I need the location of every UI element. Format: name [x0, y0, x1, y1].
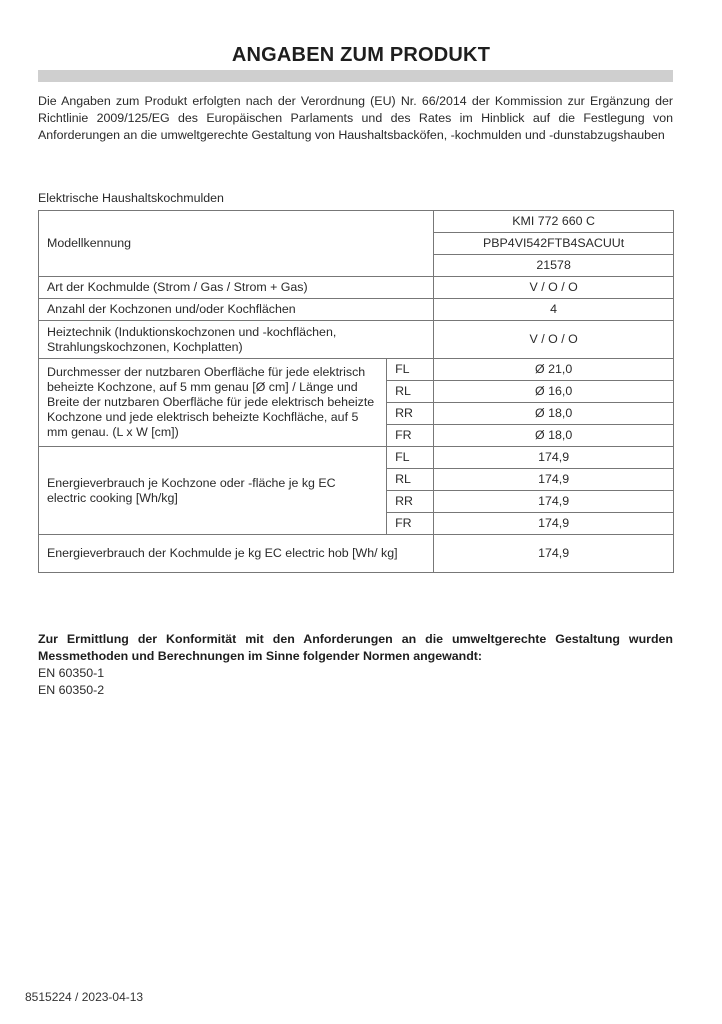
table-row: Modellkennung KMI 772 660 C	[39, 211, 674, 233]
energy-hob-label: Energieverbrauch der Kochmulde je kg EC …	[39, 535, 434, 573]
table-row: Anzahl der Kochzonen und/oder Kochfläche…	[39, 299, 674, 321]
model-value-2: PBP4VI542FTB4SACUUt	[434, 233, 674, 255]
norm-item: EN 60350-2	[38, 682, 673, 699]
model-label: Modellkennung	[39, 211, 434, 277]
zone-code: RL	[387, 381, 434, 403]
energy-zone-value: 174,9	[434, 491, 674, 513]
type-value: V / O / O	[434, 277, 674, 299]
energy-zone-value: 174,9	[434, 447, 674, 469]
table-row: Durchmesser der nutzbaren Oberfläche für…	[39, 359, 674, 381]
heating-label: Heiztechnik (Induktionskochzonen und -ko…	[39, 321, 434, 359]
diameter-value: Ø 18,0	[434, 403, 674, 425]
heating-value: V / O / O	[434, 321, 674, 359]
table-row: Heiztechnik (Induktionskochzonen und -ko…	[39, 321, 674, 359]
diameter-value: Ø 21,0	[434, 359, 674, 381]
zone-code: RR	[387, 403, 434, 425]
energy-hob-value: 174,9	[434, 535, 674, 573]
product-spec-table: Modellkennung KMI 772 660 C PBP4VI542FTB…	[38, 210, 674, 573]
model-value-1: KMI 772 660 C	[434, 211, 674, 233]
energy-zone-value: 174,9	[434, 469, 674, 491]
diameter-value: Ø 16,0	[434, 381, 674, 403]
energy-zone-value: 174,9	[434, 513, 674, 535]
energy-zone-label: Energieverbrauch je Kochzone oder -fläch…	[39, 447, 387, 535]
conformity-section: Zur Ermittlung der Konformität mit den A…	[38, 631, 673, 699]
model-value-3: 21578	[434, 255, 674, 277]
zones-count-label: Anzahl der Kochzonen und/oder Kochfläche…	[39, 299, 434, 321]
table-row: Energieverbrauch je Kochzone oder -fläch…	[39, 447, 674, 469]
zone-code: RL	[387, 469, 434, 491]
intro-paragraph: Die Angaben zum Produkt erfolgten nach d…	[38, 93, 673, 144]
table-caption: Elektrische Haushaltskochmulden	[38, 191, 224, 205]
zones-count-value: 4	[434, 299, 674, 321]
norm-item: EN 60350-1	[38, 665, 673, 682]
zone-code: RR	[387, 491, 434, 513]
zone-code: FL	[387, 359, 434, 381]
page-title: ANGABEN ZUM PRODUKT	[0, 44, 722, 67]
type-label: Art der Kochmulde (Strom / Gas / Strom +…	[39, 277, 434, 299]
table-row: Energieverbrauch der Kochmulde je kg EC …	[39, 535, 674, 573]
conformity-statement: Zur Ermittlung der Konformität mit den A…	[38, 631, 673, 665]
zone-code: FL	[387, 447, 434, 469]
title-divider-bar	[38, 70, 673, 82]
diameter-label: Durchmesser der nutzbaren Oberfläche für…	[39, 359, 387, 447]
document-footer-id: 8515224 / 2023-04-13	[25, 990, 143, 1004]
table-row: Art der Kochmulde (Strom / Gas / Strom +…	[39, 277, 674, 299]
zone-code: FR	[387, 513, 434, 535]
diameter-value: Ø 18,0	[434, 425, 674, 447]
zone-code: FR	[387, 425, 434, 447]
